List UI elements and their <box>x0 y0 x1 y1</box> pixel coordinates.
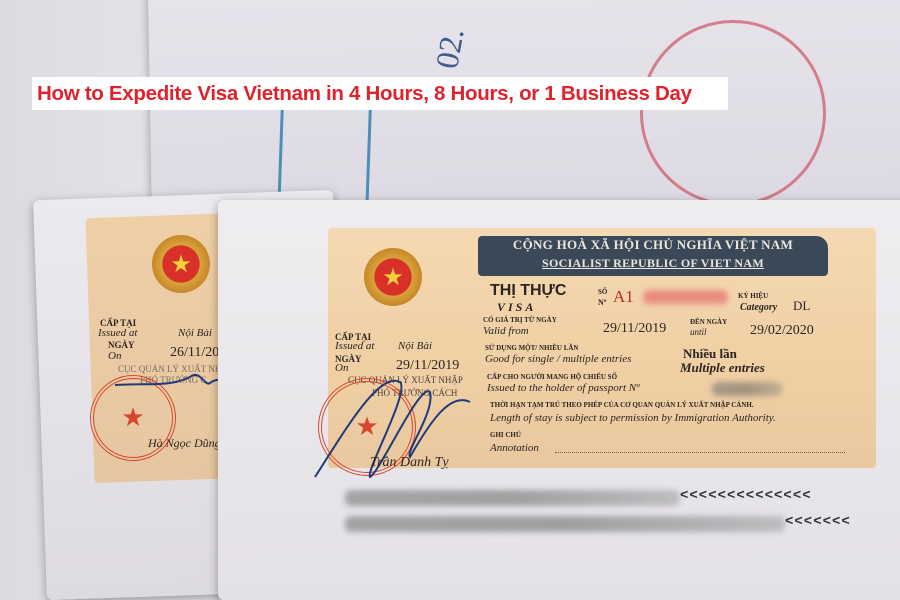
visa-number-prefix: A1 <box>613 287 634 307</box>
visa-header-vn: CỘNG HOÀ XÃ HỘI CHỦ NGHĨA VIỆT NAM <box>478 236 828 254</box>
category-label-vn: Ký hiệu <box>738 292 768 300</box>
annotation-label-en: Annotation <box>490 442 539 454</box>
mrz-line-2-redacted <box>345 516 785 532</box>
passport-number-redacted <box>712 382 782 396</box>
holder-label-en: Issued to the holder of passport Nº <box>487 382 640 394</box>
national-emblem-icon: ★ <box>152 235 210 293</box>
title-banner: How to Expedite Visa Vietnam in 4 Hours,… <box>32 77 728 110</box>
left-signatory: Hà Ngọc Dũng <box>148 436 221 451</box>
entries-label-vn: Sử dụng một/ nhiều lần <box>485 344 578 352</box>
article-title: How to Expedite Visa Vietnam in 4 Hours,… <box>32 82 692 106</box>
annotation-dotted-line <box>555 452 845 453</box>
holder-label-vn: Cấp cho người mang hộ chiếu số <box>487 373 617 381</box>
left-on-label-en: On <box>108 350 121 362</box>
left-issued-at-label-en: Issued at <box>98 327 137 339</box>
handwritten-date: 02. <box>428 26 471 72</box>
stay-label-vn: Thời hạn tạm trú theo phép của cơ quan q… <box>490 401 754 409</box>
entries-value-en: Multiple entries <box>680 360 765 376</box>
issued-at-label-en: Issued at <box>335 340 374 352</box>
mrz-line-1-tail: <<<<<<<<<<<<<< <box>680 488 812 504</box>
left-issued-at: Nội Bài <box>178 327 212 339</box>
visa-header-en: SOCIALIST REPUBLIC OF VIET NAM <box>478 254 828 272</box>
valid-from: 29/11/2019 <box>603 321 666 337</box>
signatory: Trần Danh Tỵ <box>370 455 449 471</box>
annotation-label-vn: Ghi chú <box>490 431 521 439</box>
left-on-label-vn: Ngày <box>108 340 135 350</box>
until-label-en: until <box>690 327 707 337</box>
national-emblem-icon: ★ <box>364 248 422 306</box>
visa-title-en: VISA <box>497 300 536 315</box>
red-seal-upper <box>640 20 826 206</box>
visa-header-band: CỘNG HOÀ XÃ HỘI CHỦ NGHĨA VIỆT NAM SOCIA… <box>478 236 828 276</box>
number-label-vn: Số <box>598 288 607 296</box>
category-value: DL <box>793 298 810 314</box>
mrz-line-2-tail: <<<<<<< <box>785 514 851 530</box>
issued-at: Nội Bài <box>398 340 432 352</box>
category-label-en: Category <box>740 302 777 313</box>
valid-until: 29/02/2020 <box>750 323 814 339</box>
until-label-vn: Đến ngày <box>690 318 727 326</box>
entries-label-en: Good for single / multiple entries <box>485 353 631 365</box>
visa-title-vn: THỊ THỰC <box>490 282 566 300</box>
valid-from-label-en: Valid from <box>483 325 529 337</box>
stay-label-en: Length of stay is subject to permission … <box>490 412 776 424</box>
valid-from-label-vn: Có giá trị từ ngày <box>483 316 557 324</box>
mrz-line-1-redacted <box>345 490 680 506</box>
number-label-en: Nº <box>598 298 606 307</box>
visa-number-redacted <box>643 290 728 304</box>
